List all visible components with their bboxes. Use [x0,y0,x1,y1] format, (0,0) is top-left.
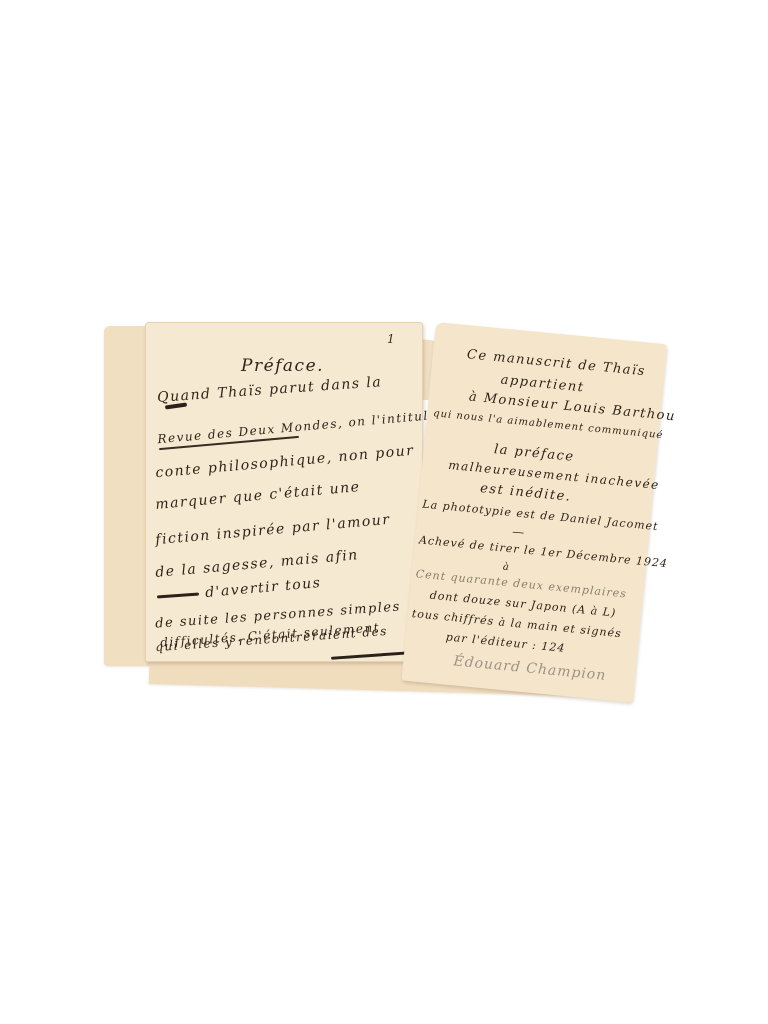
dash-separator: — [512,524,527,539]
page-number: 1 [387,332,395,346]
ink-strike [331,651,411,660]
handwritten-line: la préface [493,442,575,465]
handwritten-line: Ce manuscrit de Thaïs [466,347,646,379]
manuscript-page-colophon: Ce manuscrit de Thaïs appartient à Monsi… [401,322,666,703]
handwritten-line: Revue des Deux Mondes, on l'intitula [157,408,438,446]
handwritten-line: par l'éditeur : 124 [445,630,566,654]
handwritten-line: La phototypie est de Daniel Jacomet [422,498,659,534]
handwritten-line: à [502,562,510,574]
signature: Édouard Champion [453,653,607,684]
ink-strike [157,593,199,599]
handwritten-line: marquer que c'était une [155,479,361,513]
preface-title: Préface. [241,356,324,376]
handwritten-line: conte philosophique, non pour [155,443,415,482]
handwritten-line: fiction inspirée par l'amour [155,512,391,548]
handwritten-line: Achevé de tirer le 1er Décembre 1924 [418,533,668,570]
handwritten-line: Quand Thaïs parut dans la [157,374,383,406]
manuscript-page-preface: 1 Préface. Quand Thaïs parut dans la Rev… [145,322,423,662]
handwritten-line: est inédite. [480,481,573,505]
handwritten-line: d'avertir tous [205,575,322,601]
photo-scene: 1 Préface. Quand Thaïs parut dans la Rev… [0,0,768,1024]
handwritten-line: appartient [500,373,585,396]
handwritten-line: de la sagesse, mais afin [155,547,360,581]
